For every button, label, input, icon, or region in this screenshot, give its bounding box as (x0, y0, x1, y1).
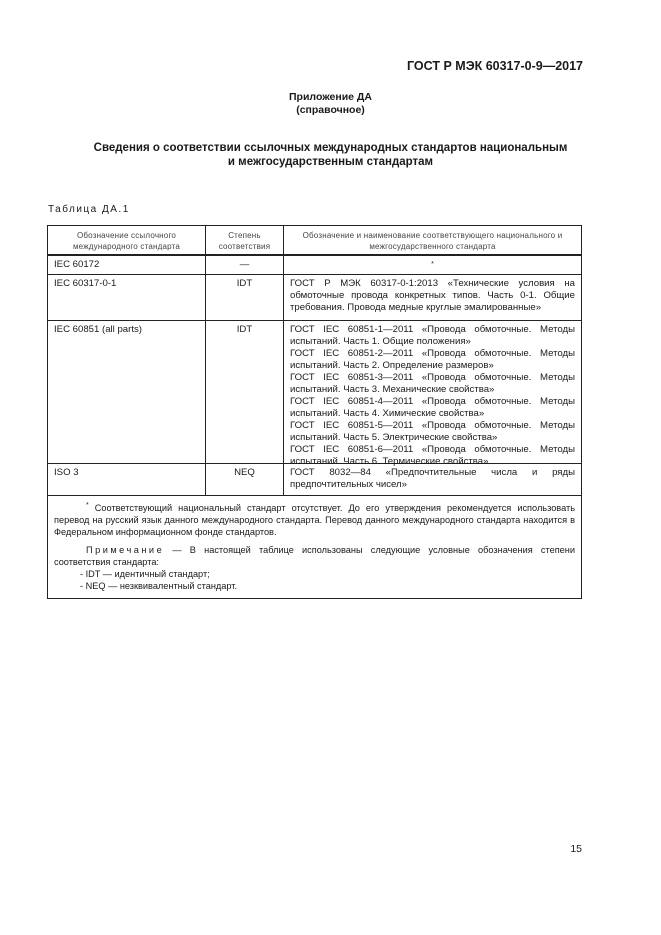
footnote-marker: * (86, 502, 89, 509)
degree-cell: IDT (206, 275, 284, 320)
national-standard-line: ГОСТ IEC 60851-2—2011 «Провода обмоточны… (290, 348, 575, 372)
table-row: ISO 3 NEQ ГОСТ 8032—84 «Предпочтительные… (48, 463, 581, 495)
section-title-line-1: Сведения о соответствии ссылочных междун… (0, 141, 661, 155)
reference-cell: IEC 60317-0-1 (48, 275, 206, 320)
section-title-line-2: и межгосударственным стандартам (0, 155, 661, 169)
footnote-marker: * (431, 261, 434, 268)
footnote-text: * Соответствующий национальный стандарт … (54, 500, 575, 538)
reference-cell: IEC 60851 (all parts) (48, 321, 206, 463)
column-header-reference: Обозначение ссылочного международного ст… (48, 226, 206, 254)
degree-cell: — (206, 256, 284, 274)
note-label: Примечание (86, 545, 164, 555)
note-item: - IDT — идентичный стандарт; (54, 568, 575, 580)
column-header-national: Обозначение и наименование соответствующ… (284, 226, 581, 254)
national-cell: ГОСТ IEC 60851-1—2011 «Провода обмоточны… (284, 321, 581, 463)
annex-title: Приложение ДА (0, 91, 661, 104)
annex-heading: Приложение ДА (справочное) (0, 91, 661, 117)
reference-cell: ISO 3 (48, 464, 206, 495)
national-standard-line: ГОСТ IEC 60851-5—2011 «Провода обмоточны… (290, 420, 575, 444)
table-footnote: * Соответствующий национальный стандарт … (48, 495, 581, 598)
annex-subtitle: (справочное) (0, 104, 661, 117)
note-item: - NEQ — незквивалентный стандарт. (54, 580, 575, 592)
table-caption: Таблица ДА.1 (48, 204, 130, 215)
footnote-body: Соответствующий национальный стандарт от… (54, 503, 575, 537)
national-cell: * (284, 256, 581, 274)
page-number: 15 (570, 843, 582, 855)
table-row: IEC 60851 (all parts) IDT ГОСТ IEC 60851… (48, 320, 581, 463)
national-standard-line: ГОСТ IEC 60851-3—2011 «Провода обмоточны… (290, 372, 575, 396)
degree-cell: NEQ (206, 464, 284, 495)
section-title: Сведения о соответствии ссылочных междун… (0, 141, 661, 169)
standards-table: Обозначение ссылочного международного ст… (47, 225, 582, 599)
national-standard-line: ГОСТ IEC 60851-4—2011 «Провода обмоточны… (290, 396, 575, 420)
degree-cell: IDT (206, 321, 284, 463)
table-row: IEC 60317-0-1 IDT ГОСТ Р МЭК 60317-0-1:2… (48, 274, 581, 320)
table-note: Примечание — В настоящей таблице использ… (54, 544, 575, 568)
national-cell: ГОСТ Р МЭК 60317-0-1:2013 «Технические у… (284, 275, 581, 320)
table-header-row: Обозначение ссылочного международного ст… (48, 226, 581, 255)
national-cell: ГОСТ 8032—84 «Предпочтительные числа и р… (284, 464, 581, 495)
column-header-degree: Степень соответствия (206, 226, 284, 254)
document-code: ГОСТ Р МЭК 60317-0-9—2017 (407, 59, 583, 73)
table-row: IEC 60172 — * (48, 255, 581, 274)
reference-cell: IEC 60172 (48, 256, 206, 274)
national-standard-line: ГОСТ IEC 60851-1—2011 «Провода обмоточны… (290, 324, 575, 348)
